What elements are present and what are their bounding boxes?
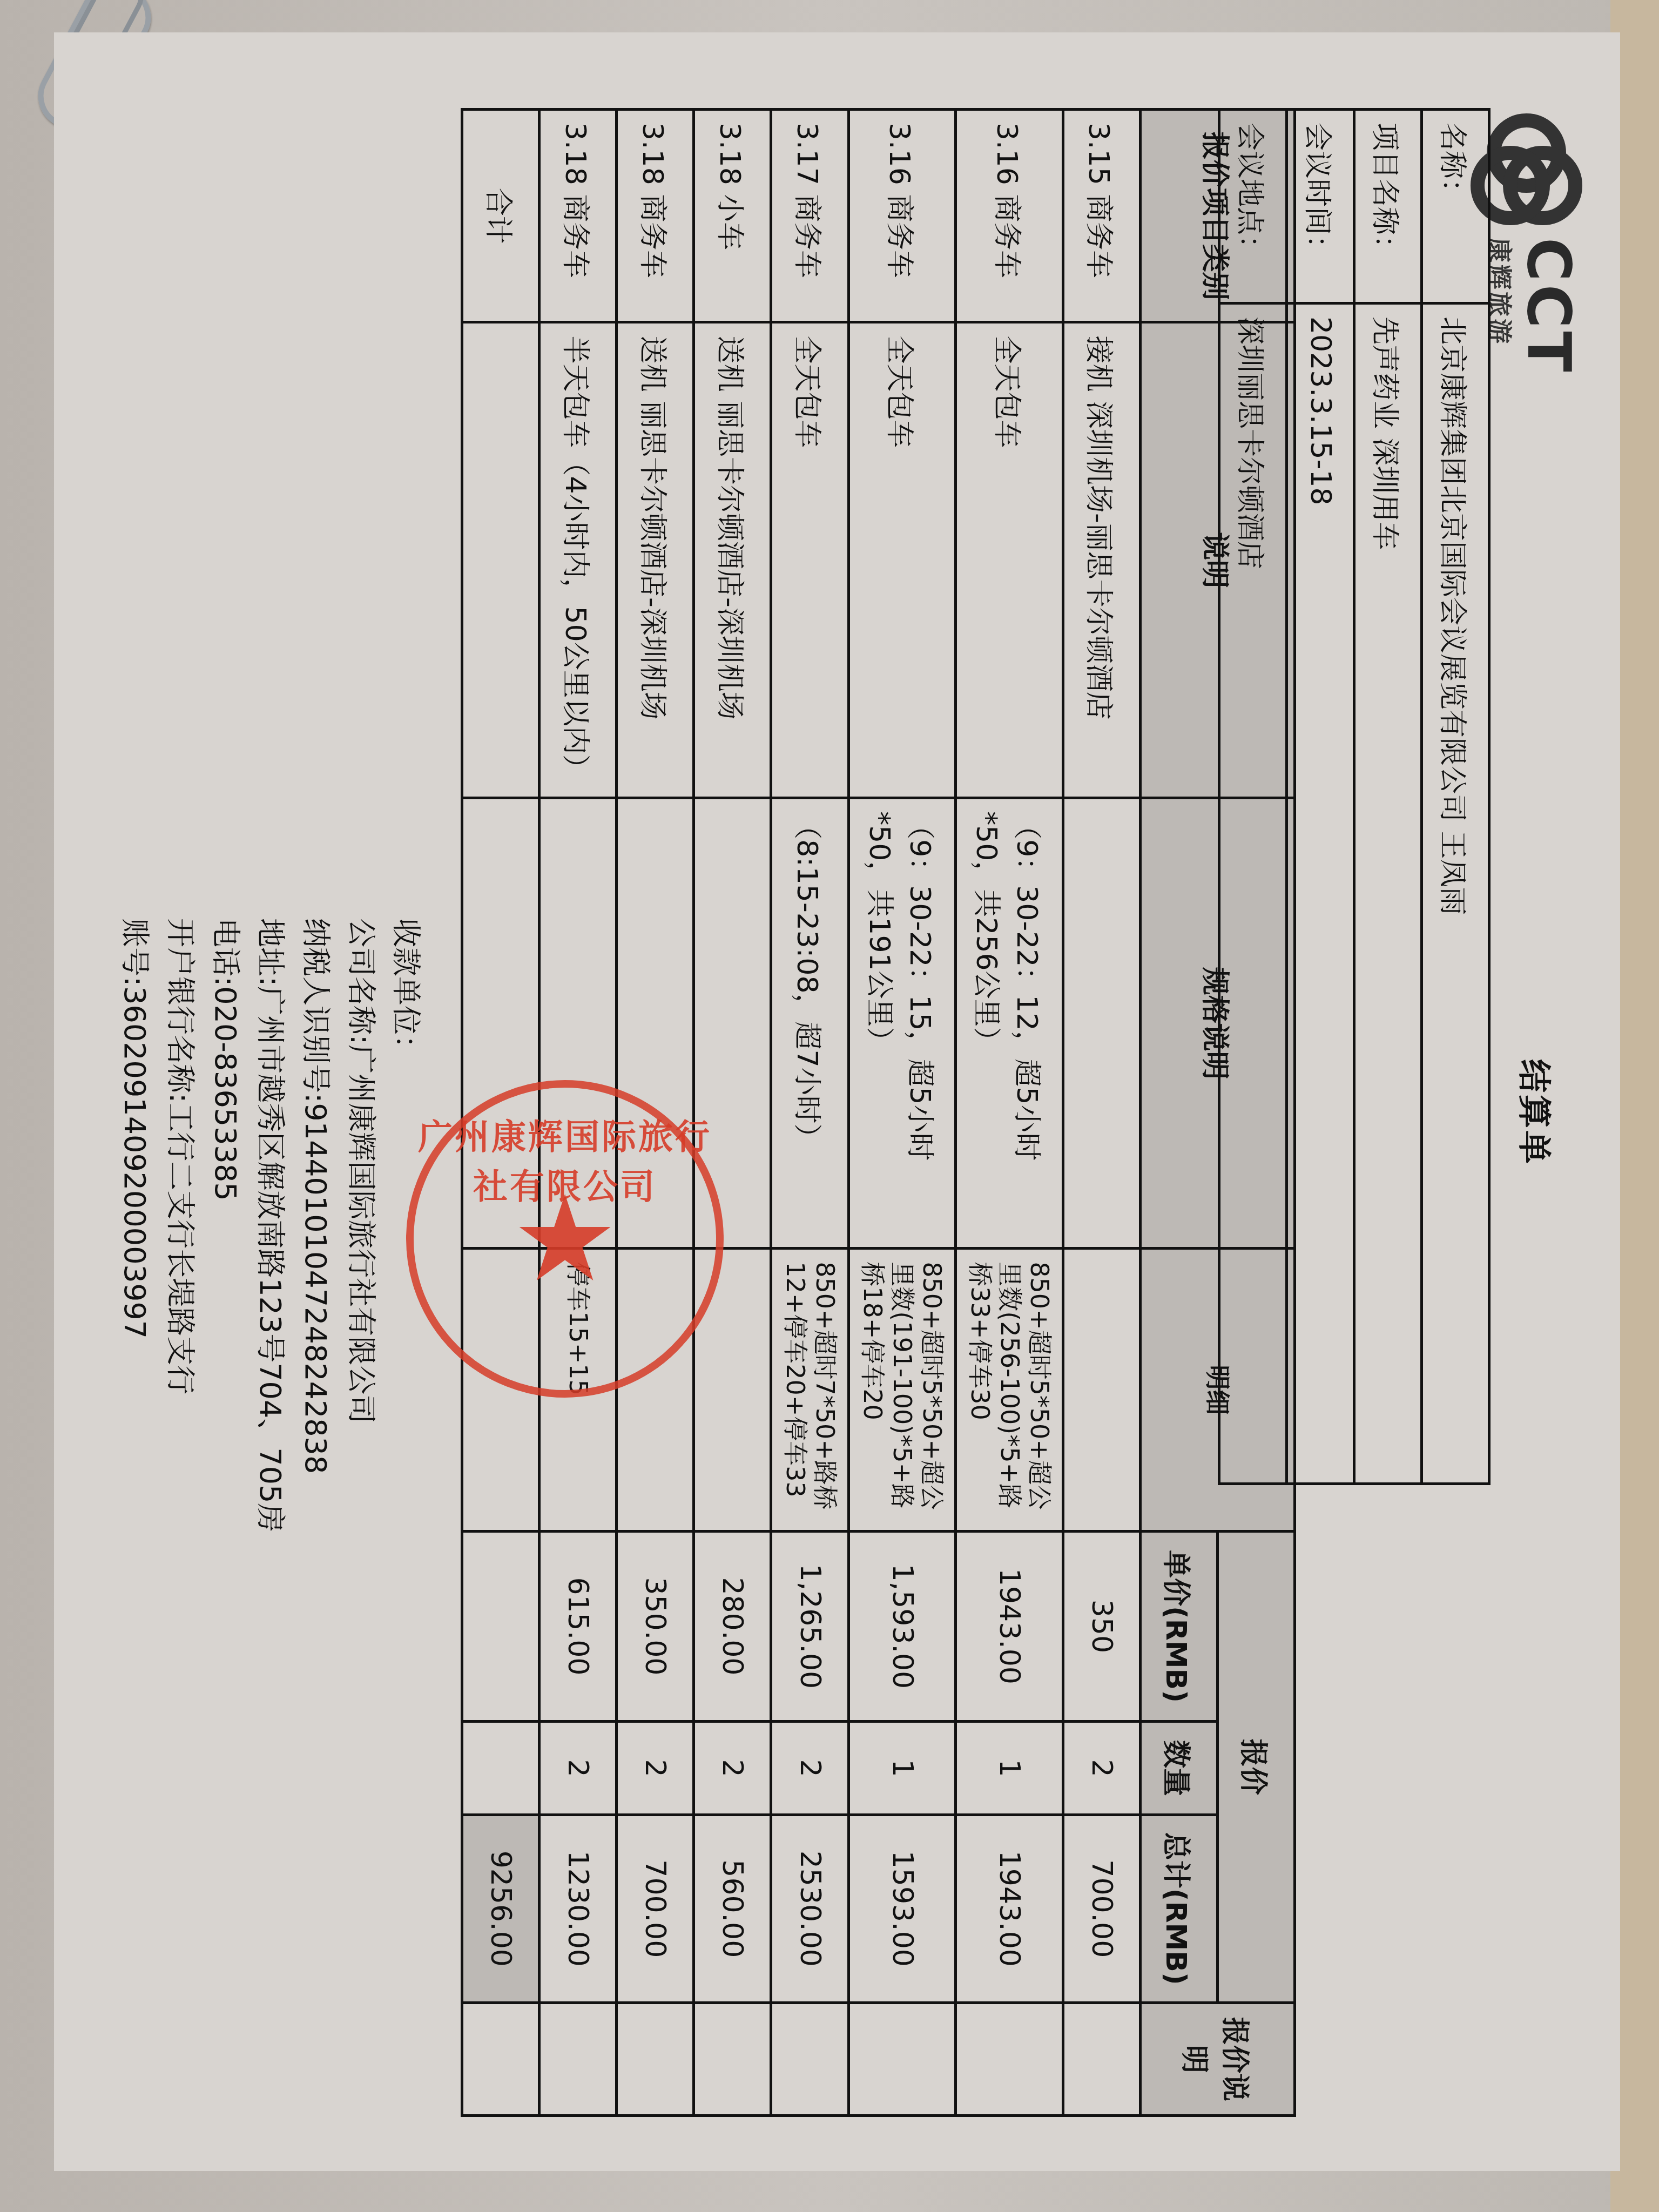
cell-spec xyxy=(1063,798,1141,1249)
company-seal-stamp: 广州康辉国际旅行社有限公司 ★ xyxy=(406,1080,724,1398)
cell-description: 送机 丽思卡尔顿酒店-深圳机场 xyxy=(617,322,694,798)
table-row: 3.16 商务车全天包车（9：30-22：15，超5小时*50，共191公里）8… xyxy=(848,110,956,2116)
header-total: 总计(RMB) xyxy=(1141,1815,1218,2002)
header-quote-group: 报价 xyxy=(1218,1531,1295,2002)
cell-total: 560.00 xyxy=(694,1815,771,2002)
cell-detail: 850+超时5*50+超公里数(191-100)*5+路桥18+停车20 xyxy=(848,1249,956,1532)
header-note: 报价说明 xyxy=(1141,2002,1295,2115)
info-label: 项目名称： xyxy=(1354,110,1422,304)
info-row-project: 项目名称： 先声药业 深圳用车 xyxy=(1354,110,1422,1484)
payee-address: 地址:广州市越秀区解放南路123号704、705房 xyxy=(248,918,293,2117)
info-label: 会议地点： xyxy=(1219,110,1287,304)
cell-note xyxy=(771,2002,848,2115)
cell-spec: （9：30-22：15，超5小时*50，共191公里） xyxy=(848,798,956,1249)
total-label: 合计 xyxy=(462,110,539,322)
cell-detail: 850+超时7*50+路桥12+停车20+停车33 xyxy=(771,1249,848,1532)
info-label: 名称： xyxy=(1422,110,1489,304)
cell-spec: （8:15-23:08，超7小时） xyxy=(771,798,848,1249)
settlement-document: CCT 康辉旅游 结算单 名称： 北京康辉集团北京国际会议展览有限公司 王凤雨 … xyxy=(54,32,1620,2171)
cell-total: 1943.00 xyxy=(956,1815,1063,2002)
header-unit-price: 单价(RMB) xyxy=(1141,1531,1218,1721)
cell-note xyxy=(694,2002,771,2115)
cell-quantity: 2 xyxy=(694,1722,771,1815)
document-title: 结算单 xyxy=(1513,108,1561,2117)
cell-description: 全天包车 xyxy=(771,322,848,798)
cell-unit-price: 350 xyxy=(1063,1531,1141,1721)
cell-category: 3.15 商务车 xyxy=(1063,110,1141,322)
cell-unit-price: 1,593.00 xyxy=(848,1531,956,1721)
cell-total: 1593.00 xyxy=(848,1815,956,2002)
cell-quantity: 2 xyxy=(771,1722,848,1815)
document-header: CCT 康辉旅游 结算单 名称： 北京康辉集团北京国际会议展览有限公司 王凤雨 … xyxy=(1296,108,1599,2117)
info-value: 2023.3.15-18 xyxy=(1287,304,1354,1484)
cell-unit-price: 1943.00 xyxy=(956,1531,1063,1721)
cell-description: 接机 深圳机场-丽思卡尔顿酒店 xyxy=(1063,322,1141,798)
cell-unit-price: 615.00 xyxy=(539,1531,617,1721)
cell-quantity: 2 xyxy=(1063,1722,1141,1815)
cell-description: 全天包车 xyxy=(956,322,1063,798)
cell-category: 3.16 商务车 xyxy=(848,110,956,322)
info-row-venue: 会议地点： 深圳丽思卡尔顿酒店 xyxy=(1219,110,1287,1484)
grand-total: 9256.00 xyxy=(462,1815,539,2002)
cell-total: 700.00 xyxy=(1063,1815,1141,2002)
info-label: 会议时间： xyxy=(1287,110,1354,304)
cell-note xyxy=(539,2002,617,2115)
info-value: 北京康辉集团北京国际会议展览有限公司 王凤雨 xyxy=(1422,304,1489,1484)
cell-total: 2530.00 xyxy=(771,1815,848,2002)
payee-company: 公司名称:广州康辉国际旅行社有限公司 xyxy=(338,918,383,2117)
cell-quantity: 1 xyxy=(848,1722,956,1815)
cell-quantity: 1 xyxy=(956,1722,1063,1815)
cell-category: 3.18 商务车 xyxy=(539,110,617,322)
cell-quantity: 2 xyxy=(617,1722,694,1815)
cell-note xyxy=(1063,2002,1141,2115)
table-row: 3.16 商务车全天包车（9：30-22：12，超5小时*50，共256公里）8… xyxy=(956,110,1063,2116)
cell-note xyxy=(617,2002,694,2115)
cell-note xyxy=(956,2002,1063,2115)
cell-detail xyxy=(1063,1249,1141,1532)
cell-note xyxy=(848,2002,956,2115)
cell-description: 全天包车 xyxy=(848,322,956,798)
payee-phone: 电话:020-83653385 xyxy=(203,918,248,2117)
header-quantity: 数量 xyxy=(1141,1722,1218,1815)
cell-description: 送机 丽思卡尔顿酒店-深圳机场 xyxy=(694,322,771,798)
cell-description: 半天包车（4小时内，50公里以内） xyxy=(539,322,617,798)
cell-quantity: 2 xyxy=(539,1722,617,1815)
payee-heading: 收款单位： xyxy=(383,918,429,2117)
cell-spec: （9：30-22：12，超5小时*50，共256公里） xyxy=(956,798,1063,1249)
cell-total: 1230.00 xyxy=(539,1815,617,2002)
info-value: 先声药业 深圳用车 xyxy=(1354,304,1422,1484)
payee-info: 收款单位： 公司名称:广州康辉国际旅行社有限公司 纳税人识别号:91440101… xyxy=(112,918,429,2117)
cell-unit-price: 350.00 xyxy=(617,1531,694,1721)
cell-category: 3.18 商务车 xyxy=(617,110,694,322)
star-icon: ★ xyxy=(511,1179,618,1298)
payee-bank: 开户银行名称:工行二支行长堤路支行 xyxy=(157,918,203,2117)
payee-account: 账号:3602091409200003997 xyxy=(112,918,158,2117)
payee-tax-id: 纳税人识别号:91440101047248242838 xyxy=(293,918,338,2117)
info-value: 深圳丽思卡尔顿酒店 xyxy=(1219,304,1287,1484)
cell-unit-price: 280.00 xyxy=(694,1531,771,1721)
info-table: 名称： 北京康辉集团北京国际会议展览有限公司 王凤雨 项目名称： 先声药业 深圳… xyxy=(1218,108,1491,1485)
info-row-name: 名称： 北京康辉集团北京国际会议展览有限公司 王凤雨 xyxy=(1422,110,1489,1484)
cell-unit-price: 1,265.00 xyxy=(771,1531,848,1721)
cell-detail: 850+超时5*50+超公里数(256-100)*5+路桥33+停车30 xyxy=(956,1249,1063,1532)
info-row-time: 会议时间： 2023.3.15-18 xyxy=(1287,110,1354,1484)
table-row: 3.17 商务车全天包车（8:15-23:08，超7小时）850+超时7*50+… xyxy=(771,110,848,2116)
cell-category: 3.17 商务车 xyxy=(771,110,848,322)
table-row: 3.15 商务车接机 深圳机场-丽思卡尔顿酒店3502700.00 xyxy=(1063,110,1141,2116)
cell-category: 3.18 小车 xyxy=(694,110,771,322)
cell-total: 700.00 xyxy=(617,1815,694,2002)
cell-category: 3.16 商务车 xyxy=(956,110,1063,322)
